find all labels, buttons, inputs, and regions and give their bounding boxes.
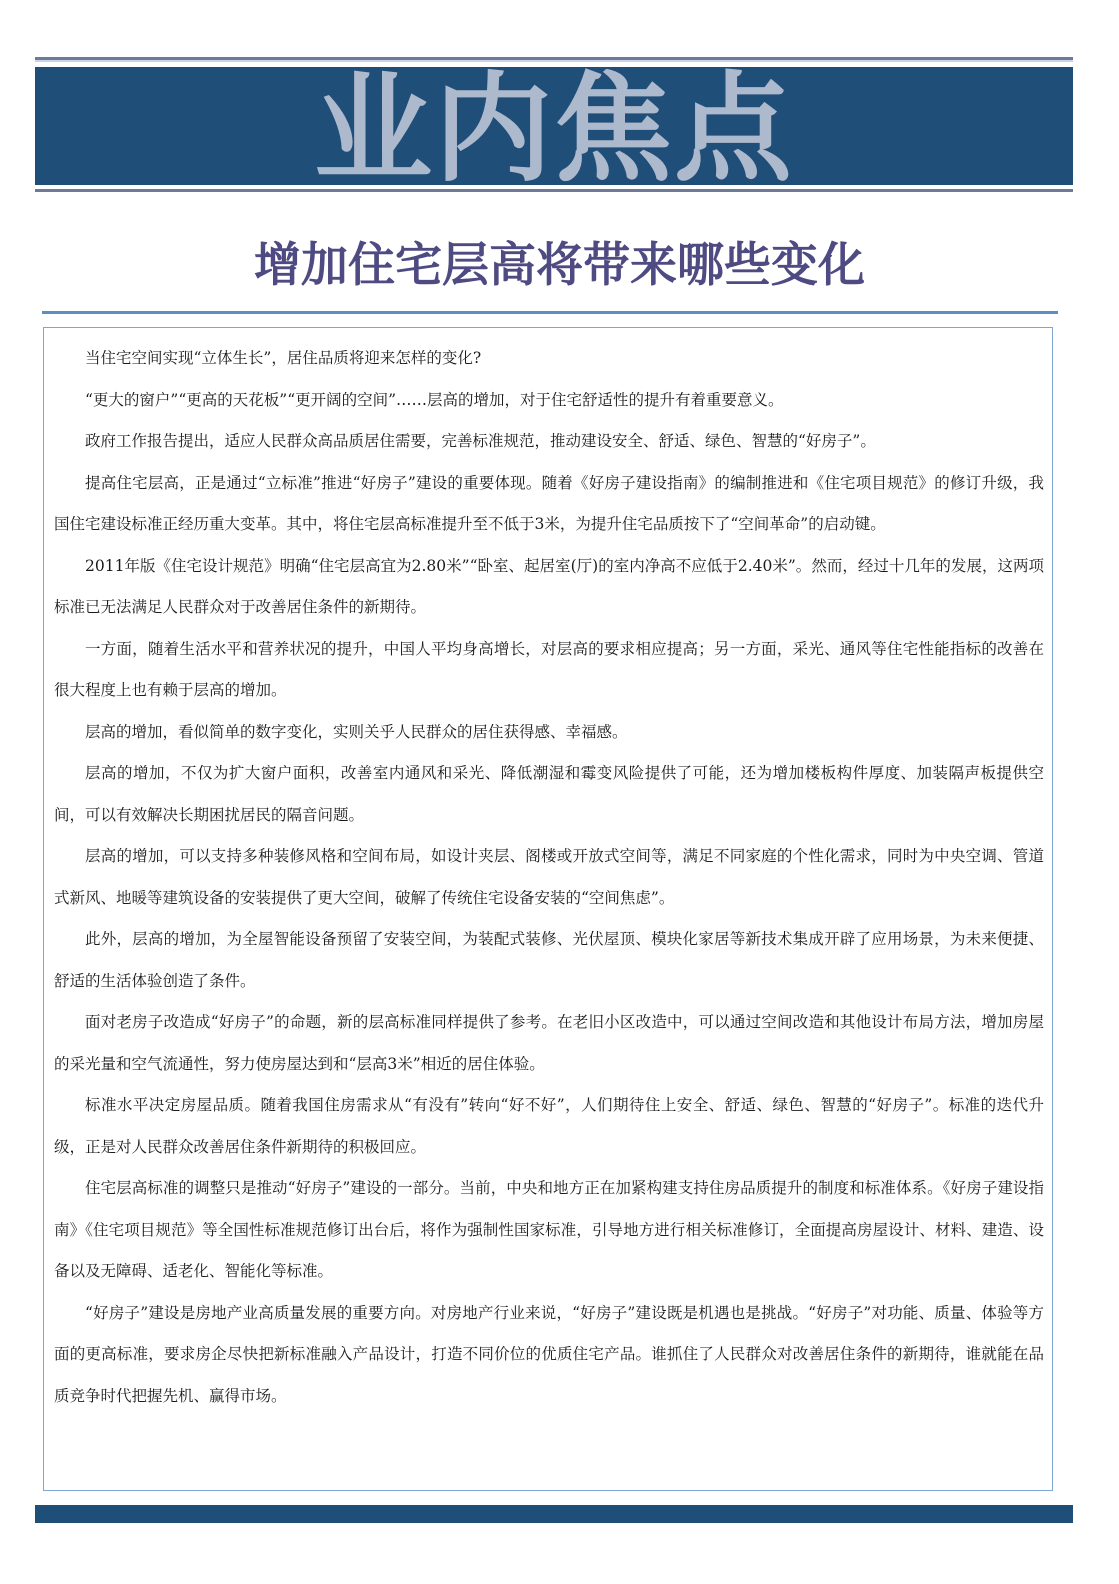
paragraph: 标准水平决定房屋品质。随着我国住房需求从“有没有”转向“好不好”，人们期待住上安… xyxy=(54,1085,1044,1168)
paragraph: 层高的增加，看似简单的数字变化，实则关乎人民群众的居住获得感、幸福感。 xyxy=(54,712,1044,754)
section-title: 业内焦点 xyxy=(314,70,794,188)
title-divider xyxy=(42,311,1058,314)
paragraph: 一方面，随着生活水平和营养状况的提升，中国人平均身高增长，对层高的要求相应提高；… xyxy=(54,629,1044,712)
paragraph: 住宅层高标准的调整只是推动“好房子”建设的一部分。当前，中央和地方正在加紧构建支… xyxy=(54,1168,1044,1293)
paragraph: “好房子”建设是房地产业高质量发展的重要方向。对房地产行业来说，“好房子”建设既… xyxy=(54,1293,1044,1418)
paragraph: 此外，层高的增加，为全屋智能设备预留了安装空间，为装配式装修、光伏屋顶、模块化家… xyxy=(54,919,1044,1002)
article-body: 当住宅空间实现“立体生长”，居住品质将迎来怎样的变化? “更大的窗户”“更高的天… xyxy=(54,338,1044,1417)
paragraph: 面对老房子改造成“好房子”的命题，新的层高标准同样提供了参考。在老旧小区改造中，… xyxy=(54,1002,1044,1085)
paragraph: 2011年版《住宅设计规范》明确“住宅层高宜为2.80米”“卧室、起居室(厅)的… xyxy=(54,546,1044,629)
paragraph: “更大的窗户”“更高的天花板”“更开阔的空间”……层高的增加，对于住宅舒适性的提… xyxy=(54,380,1044,422)
paragraph: 层高的增加，不仅为扩大窗户面积，改善室内通风和采光、降低潮湿和霉变风险提供了可能… xyxy=(54,753,1044,836)
paragraph: 层高的增加，可以支持多种装修风格和空间布局，如设计夹层、阁楼或开放式空间等，满足… xyxy=(54,836,1044,919)
header-bottom-rule xyxy=(35,189,1073,192)
footer-bar xyxy=(35,1505,1073,1523)
paragraph: 当住宅空间实现“立体生长”，居住品质将迎来怎样的变化? xyxy=(54,338,1044,380)
article-title: 增加住宅层高将带来哪些变化 xyxy=(0,228,1119,295)
paragraph: 政府工作报告提出，适应人民群众高品质居住需要，完善标准规范，推动建设安全、舒适、… xyxy=(54,421,1044,463)
paragraph: 提高住宅层高，正是通过“立标准”推进“好房子”建设的重要体现。随着《好房子建设指… xyxy=(54,463,1044,546)
section-banner: 业内焦点 xyxy=(35,67,1073,185)
